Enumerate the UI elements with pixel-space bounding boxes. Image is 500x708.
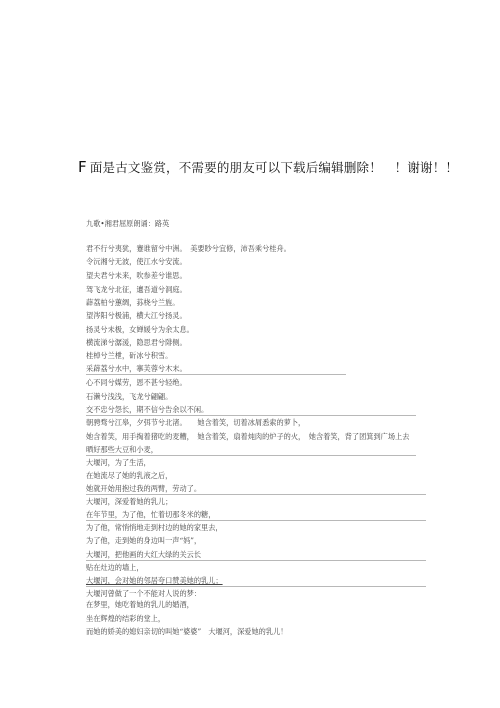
header-notice: F面是古文鉴赏，不需要的朋友可以下载后编辑删除！ ！谢谢！！ xyxy=(78,158,458,176)
notice-text: 面是古文鉴赏，不需要的朋友可以下载后编辑删除！ ！谢谢！！ xyxy=(90,160,458,175)
poem-title: 九歌•湘君屈原朗诵：路英 xyxy=(86,219,169,229)
text-line: 大堰河，会对她的邻居夸口赞美她的乳儿； xyxy=(86,576,223,585)
notice-prefix: F xyxy=(78,158,87,176)
text-line: 晒好那些大豆和小麦， xyxy=(86,445,158,454)
text-line: 为了他，走到她的身边叫一声“妈”， xyxy=(86,536,201,545)
text-line: 大堰河，深爱着她的乳儿； xyxy=(86,497,172,506)
text-line: 采薜荔兮水中，搴芙蓉兮木末。 xyxy=(86,364,187,373)
text-line: 而她的娇美的媳妇亲切的叫她“婆婆” 大堰河，深爱她的乳儿！ xyxy=(86,627,287,636)
text-line: 贴在灶边的墙上， xyxy=(86,563,144,572)
text-line: 大堰河，把他画的大红大绿的关云长 xyxy=(86,550,201,559)
text-line: 为了他，常悄悄地走到村边的她的家里去， xyxy=(86,523,223,532)
divider xyxy=(86,455,416,456)
text-line: 令沅湘兮无波，使江水兮安流。 xyxy=(86,257,187,266)
divider xyxy=(86,586,426,587)
text-line: 大堰河曾做了一个不能对人说的梦： xyxy=(86,589,201,598)
text-line: 在她流尽了她的乳液之后， xyxy=(86,471,172,480)
text-line: 交不忠兮怨长，期不信兮告余以不闲。 xyxy=(86,405,208,414)
text-line: 桂棹兮兰枻，斫冰兮积雪。 xyxy=(86,351,172,360)
text-line: 扬灵兮未极，女婵媛兮为余太息。 xyxy=(86,325,194,334)
text-line: 心不同兮媒劳，恩不甚兮轻绝。 xyxy=(86,378,187,387)
text-line: 在梦里，她吃着她的乳儿的婚酒， xyxy=(86,600,194,609)
text-line: 她含着笑，用手掏着猪吃的麦糟， 她含着笑，扇着炖肉的炉子的火， 她含着笑，背了团… xyxy=(86,432,409,441)
text-line: 望夫君兮未来，吹参差兮谁思。 xyxy=(86,271,187,280)
text-line: 横流涕兮潺湲，隐思君兮陫侧。 xyxy=(86,338,187,347)
divider xyxy=(86,494,426,495)
text-line: 君不行兮夷犹，蹇谁留兮中洲。 美要眇兮宜修，沛吾乘兮桂舟。 xyxy=(86,244,291,253)
text-line: 石濑兮浅浅，飞龙兮翩翩。 xyxy=(86,392,172,401)
text-line: 驾飞龙兮北征，邅吾道兮洞庭。 xyxy=(86,285,187,294)
text-line: 在年节里，为了他，忙着切那冬米的糖， xyxy=(86,510,215,519)
divider xyxy=(86,560,426,561)
text-line: 望涔阳兮极浦，横大江兮扬灵。 xyxy=(86,311,187,320)
divider xyxy=(86,415,416,416)
text-line: 大堰河，为了生活， xyxy=(86,458,151,467)
divider xyxy=(86,374,346,375)
text-line: 坐在辉煌的结彩的堂上， xyxy=(86,614,165,623)
text-line: 朝骋骛兮江皋，夕弭节兮北渚。 她含着笑，切着冰屑悉索的萝卜， xyxy=(86,418,305,427)
text-line: 薜荔柏兮蕙绸，荪桡兮兰旌。 xyxy=(86,298,179,307)
text-line: 她就开始用抱过我的两臂，劳动了。 xyxy=(86,484,201,493)
divider xyxy=(86,520,426,521)
